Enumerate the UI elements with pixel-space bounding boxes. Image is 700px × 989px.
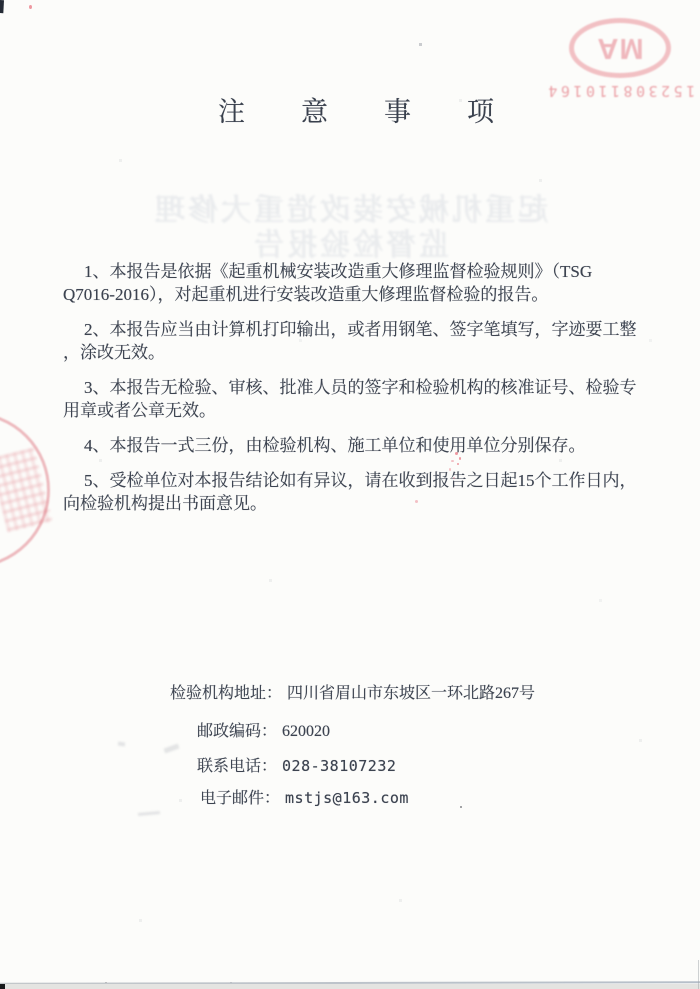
notice-item-1: 1、本报告是依据《起重机械安装改造重大修理监督检验规则》（TSG Q7016-2…	[63, 260, 645, 306]
cma-oval-logo-icon: MA	[569, 18, 671, 78]
page-title: 注意事项	[218, 96, 550, 128]
ink-speck	[449, 468, 451, 471]
contact-phone-row: 联系电话：028-38107232	[197, 756, 396, 777]
scan-edge-artifact	[0, 984, 700, 989]
cma-stamp: 152308110164 MA	[542, 8, 698, 100]
contact-address-value: 四川省眉山市东坡区一环北路267号	[287, 685, 535, 702]
scan-artifact	[460, 806, 462, 808]
contact-postcode-value: 620020	[282, 723, 330, 740]
contact-email-row: 电子邮件：mstjs@163.com	[200, 788, 409, 809]
notice-item-3: 3、本报告无检验、审核、批准人员的签字和检验机构的核准证号、检验专 用章或者公章…	[63, 376, 645, 422]
ink-speck	[459, 457, 461, 460]
scan-artifact	[164, 744, 180, 754]
scanned-document-page: 起重机械安装改造重大修理 监督检验报告 注意事项 1、本报告是依据《起重机械安装…	[0, 0, 700, 989]
scan-edge-artifact	[698, 960, 699, 989]
scan-artifact	[138, 811, 160, 816]
notice-item-2: 2、本报告应当由计算机打印输出，或者用钢笔、签字笔填写，字迹要工整 ，涂改无效。	[63, 318, 645, 364]
paper-noise	[40, 40, 41, 41]
ink-speck	[451, 460, 454, 462]
contact-email-value: mstjs@163.com	[285, 789, 409, 807]
contact-postcode-row: 邮政编码：620020	[197, 722, 330, 742]
notice-list: 1、本报告是依据《起重机械安装改造重大修理监督检验规则》（TSG Q7016-2…	[63, 260, 645, 527]
contact-address-row: 检验机构地址：四川省眉山市东坡区一环北路267号	[170, 684, 535, 704]
cma-certificate-number: 152308110164	[542, 82, 698, 100]
notice-item-4: 4、本报告一式三份，由检验机构、施工单位和使用单位分别保存。	[63, 434, 645, 457]
contact-postcode-label: 邮政编码：	[197, 723, 277, 740]
round-seal-text-blur	[0, 448, 53, 533]
contact-address-label: 检验机构地址：	[170, 685, 282, 702]
contact-phone-value: 028-38107232	[282, 757, 396, 775]
ma-logo-text: MA	[596, 32, 643, 65]
contact-phone-label: 联系电话：	[197, 758, 277, 775]
bleed-through-ghost-text: 起重机械安装改造重大修理 监督检验报告	[0, 193, 700, 263]
scan-edge-artifact	[0, 984, 5, 989]
ink-speck	[29, 5, 32, 9]
scan-artifact	[118, 741, 126, 746]
ink-speck	[415, 500, 418, 503]
ink-speck	[457, 463, 459, 465]
contact-email-label: 电子邮件：	[200, 790, 280, 807]
scan-edge-artifact	[0, 0, 4, 13]
ink-speck	[453, 477, 455, 479]
notice-item-5: 5、受检单位对本报告结论如有异议，请在收到报告之日起15个工作日内， 向检验机构…	[63, 469, 645, 515]
ink-speck	[455, 452, 458, 455]
